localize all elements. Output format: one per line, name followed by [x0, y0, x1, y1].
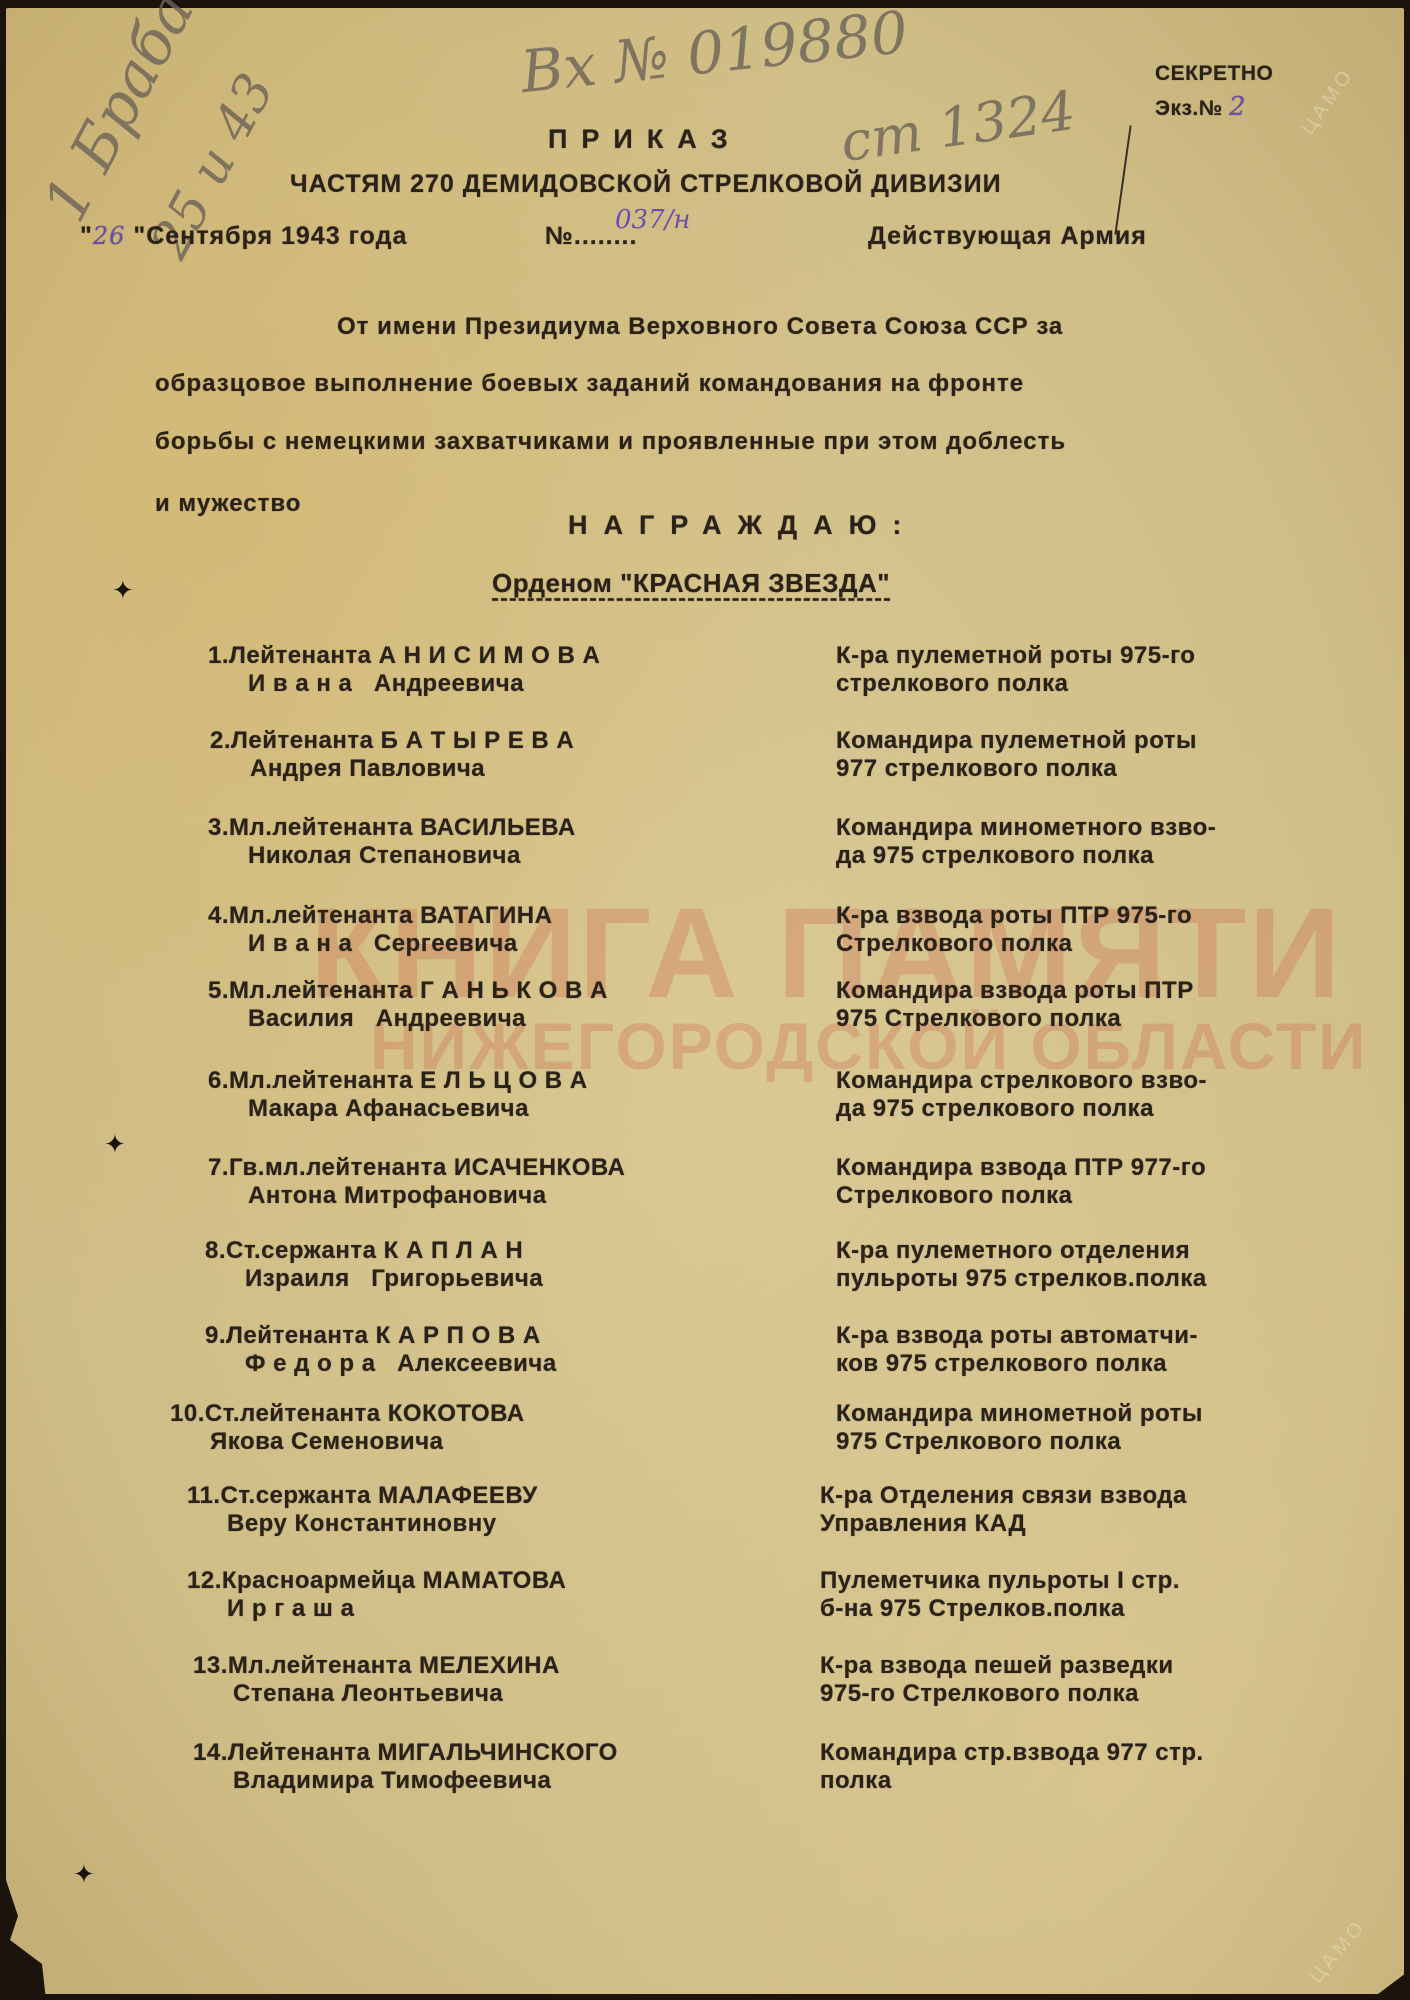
order-number: 037/н: [615, 205, 691, 235]
awardee-surname: МЕЛЕХИНА: [419, 1652, 560, 1679]
awardee-rank: Красноармейца: [222, 1567, 416, 1594]
awardee-surname: ВАТАГИНА: [420, 902, 552, 929]
awardee-number: 4.: [208, 902, 229, 929]
awardee-rank: Гв.мл.лейтенанта: [229, 1154, 447, 1181]
date-line: "26 "Сентября 1943 года: [80, 222, 407, 251]
awardee-number: 12.: [187, 1567, 222, 1594]
awardee-rank: Мл.лейтенанта: [229, 814, 413, 841]
date-day: 26: [93, 222, 126, 250]
awardee-number: 6.: [208, 1067, 229, 1094]
copy-number-label: Экз.№ 2: [1155, 92, 1246, 122]
award-heading: НАГРАЖДАЮ:: [568, 510, 917, 541]
awardee-given-names: Ф е д о р а Алексеевича: [245, 1348, 557, 1380]
awardee-given-names: И в а н а Сергеевича: [248, 928, 518, 960]
awardee-given-names: Якова Семеновича: [210, 1426, 443, 1458]
date-quote: ": [80, 222, 93, 250]
awardee-given-names: Степана Леонтьевича: [233, 1678, 503, 1710]
document-title: ПРИКАЗ: [548, 124, 742, 155]
awardee-number: 8.: [205, 1237, 226, 1264]
preamble-line: борьбы с немецкими захватчиками и проявл…: [155, 428, 1066, 456]
awardee-given-names: Василия Андреевича: [248, 1003, 526, 1035]
awardee-surname: К А П Л А Н: [384, 1237, 524, 1264]
awardee-rank: Мл.лейтенанта: [229, 1067, 413, 1094]
awardee-surname: ИСАЧЕНКОВА: [454, 1154, 625, 1181]
awardee-rank: Мл.лейтенанта: [229, 977, 413, 1004]
awardee-surname: МИГАЛЬЧИНСКОГО: [378, 1739, 618, 1766]
awardee-given-names: Владимира Тимофеевича: [233, 1765, 551, 1797]
preamble-line: От имени Президиума Верховного Совета Со…: [337, 313, 1063, 341]
awardee-given-names: Веру Константиновну: [227, 1508, 497, 1540]
awardee-surname: Б А Т Ы Р Е В А: [381, 727, 575, 754]
awardee-number: 2.: [210, 727, 231, 754]
awardee-position-line2: Стрелкового полка: [836, 928, 1072, 960]
awardee-given-names: Николая Степановича: [248, 840, 521, 872]
awardee-position-line2: Стрелкового полка: [836, 1180, 1072, 1212]
awardee-position-line2: стрелкового полка: [836, 668, 1068, 700]
punch-hole: ✦: [73, 1862, 95, 1888]
awardee-surname: МАМАТОВА: [423, 1567, 567, 1594]
awardee-rank: Лейтенанта: [228, 1739, 370, 1766]
awardee-given-names: И р г а ш а: [227, 1593, 354, 1625]
awardee-position-line2: б-на 975 Стрелков.полка: [820, 1593, 1125, 1625]
awardee-position-line2: полка: [820, 1765, 892, 1797]
copy-number: 2: [1229, 92, 1246, 122]
awardee-rank: Лейтенанта: [229, 642, 371, 669]
document-subtitle: ЧАСТЯМ 270 ДЕМИДОВСКОЙ СТРЕЛКОВОЙ ДИВИЗИ…: [290, 170, 1002, 199]
awardee-surname: К А Р П О В А: [376, 1322, 541, 1349]
awardee-number: 9.: [205, 1322, 226, 1349]
preamble-line: и мужество: [155, 490, 301, 518]
awardee-position-line2: пульроты 975 стрелков.полка: [836, 1263, 1207, 1295]
awardee-position-line2: 977 стрелкового полка: [836, 753, 1117, 785]
awardee-given-names: Андрея Павловича: [250, 753, 485, 785]
awardee-position-line2: да 975 стрелкового полка: [836, 840, 1154, 872]
awardee-surname: Е Л Ь Ц О В А: [420, 1067, 587, 1094]
awardee-position-line2: 975-го Стрелкового полка: [820, 1678, 1139, 1710]
awardee-number: 7.: [208, 1154, 229, 1181]
awardee-position-line2: ков 975 стрелкового полка: [836, 1348, 1167, 1380]
awardee-position-line2: 975 Стрелкового полка: [836, 1426, 1121, 1458]
awardee-surname: Г А Н Ь К О В А: [420, 977, 608, 1004]
awardee-given-names: Макара Афанасьевича: [248, 1093, 529, 1125]
awardee-rank: Ст.сержанта: [226, 1237, 376, 1264]
awardee-number: 11.: [187, 1482, 221, 1509]
awardee-rank: Лейтенанта: [231, 727, 373, 754]
awardee-surname: КОКОТОВА: [388, 1400, 525, 1427]
classification-label: СЕКРЕТНО: [1155, 62, 1273, 86]
awardee-number: 5.: [208, 977, 229, 1004]
location: Действующая Армия: [868, 222, 1147, 251]
awardee-number: 14.: [193, 1739, 228, 1766]
awardee-rank: Мл.лейтенанта: [228, 1652, 412, 1679]
awardee-number: 13.: [193, 1652, 228, 1679]
awardee-given-names: Израиля Григорьевича: [245, 1263, 543, 1295]
punch-hole: ✦: [104, 1132, 126, 1158]
punch-hole: ✦: [112, 578, 134, 604]
awardee-number: 1.: [208, 642, 229, 669]
awardee-number: 10.: [170, 1400, 205, 1427]
preamble-line: образцовое выполнение боевых заданий ком…: [155, 370, 1024, 398]
awardee-rank: Лейтенанта: [226, 1322, 368, 1349]
awardee-given-names: И в а н а Андреевича: [248, 668, 524, 700]
order-name: Орденом "КРАСНАЯ ЗВЕЗДА": [492, 568, 890, 599]
awardee-surname: МАЛАФЕЕВУ: [378, 1482, 538, 1509]
awardee-position-line2: да 975 стрелкового полка: [836, 1093, 1154, 1125]
awardee-surname: А Н И С И М О В А: [379, 642, 601, 669]
awardee-position-line2: 975 Стрелкового полка: [836, 1003, 1121, 1035]
copy-label: Экз.№: [1155, 97, 1223, 120]
awardee-given-names: Антона Митрофановича: [248, 1180, 547, 1212]
date-month-year: "Сентября 1943 года: [133, 222, 407, 250]
awardee-rank: Мл.лейтенанта: [229, 902, 413, 929]
awardee-rank: Ст.сержанта: [221, 1482, 371, 1509]
awardee-number: 3.: [208, 814, 229, 841]
awardee-rank: Ст.лейтенанта: [205, 1400, 381, 1427]
awardee-surname: ВАСИЛЬЕВА: [420, 814, 576, 841]
awardee-position-line2: Управления КАД: [820, 1508, 1026, 1540]
